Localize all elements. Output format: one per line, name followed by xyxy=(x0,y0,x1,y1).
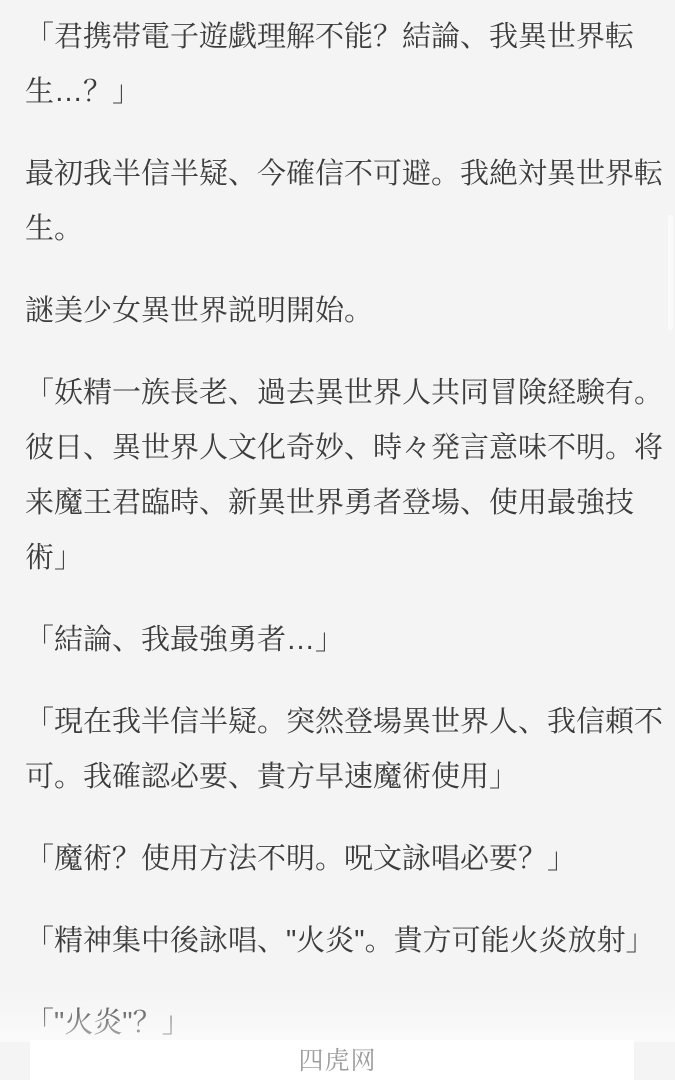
paragraph-8: 「精神集中後詠唱、"火炎"。貴方可能火炎放射」 xyxy=(25,914,670,969)
paragraph-4: 「妖精一族長老、過去異世界人共同冒険経験有。 彼日、異世界人文化奇妙、時々発言意… xyxy=(25,366,670,586)
novel-text-page: 「君携帯電子遊戯理解不能？結論、我異世界転 生…？」 最初我半信半疑、今確信不可… xyxy=(0,0,675,1051)
paragraph-7: 「魔術？使用方法不明。呪文詠唱必要？」 xyxy=(25,832,670,887)
scrollbar-thumb[interactable] xyxy=(668,215,673,330)
watermark-text: 四虎网 xyxy=(0,1046,675,1076)
paragraph-2: 最初我半信半疑、今確信不可避。我絶対異世界転 生。 xyxy=(25,147,670,257)
paragraph-5: 「結論、我最強勇者…」 xyxy=(25,613,670,668)
paragraph-6: 「現在我半信半疑。突然登場異世界人、我信頼不 可。我確認必要、貴方早速魔術使用」 xyxy=(25,695,670,805)
paragraph-1: 「君携帯電子遊戯理解不能？結論、我異世界転 生…？」 xyxy=(25,10,670,120)
paragraph-3: 謎美少女異世界説明開始。 xyxy=(25,284,670,339)
